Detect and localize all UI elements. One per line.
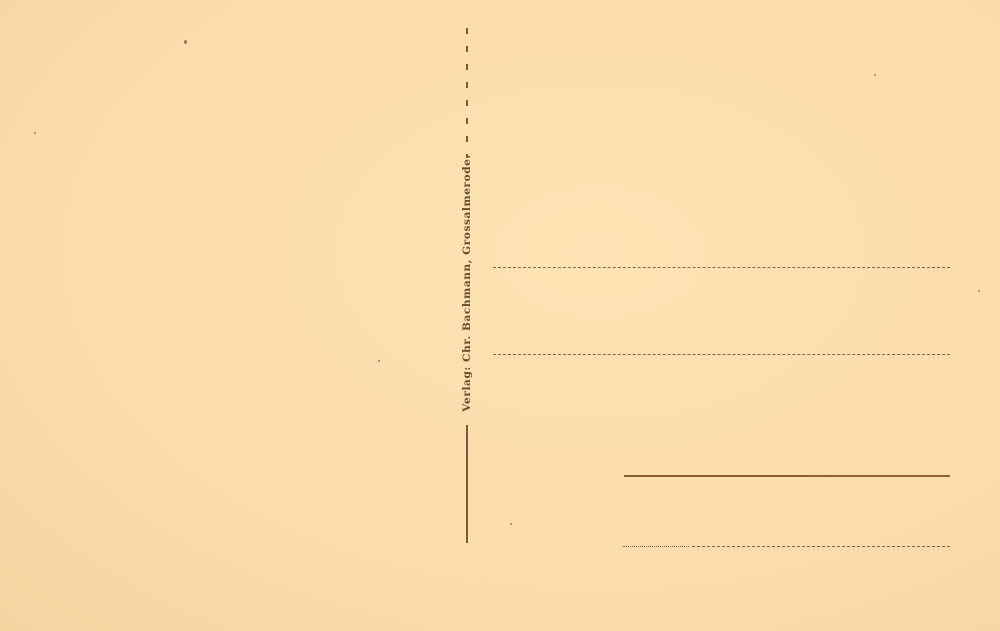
postcard-back: Verlag: Chr. Bachmann, Grossalmerode. <box>0 0 1000 631</box>
divider-bottom-line <box>466 425 468 543</box>
publisher-imprint: Verlag: Chr. Bachmann, Grossalmerode. <box>461 154 473 411</box>
address-line-1 <box>493 267 950 268</box>
divider-top-dashes <box>466 28 468 158</box>
address-line-2 <box>493 354 950 355</box>
address-line-3 <box>624 475 950 477</box>
